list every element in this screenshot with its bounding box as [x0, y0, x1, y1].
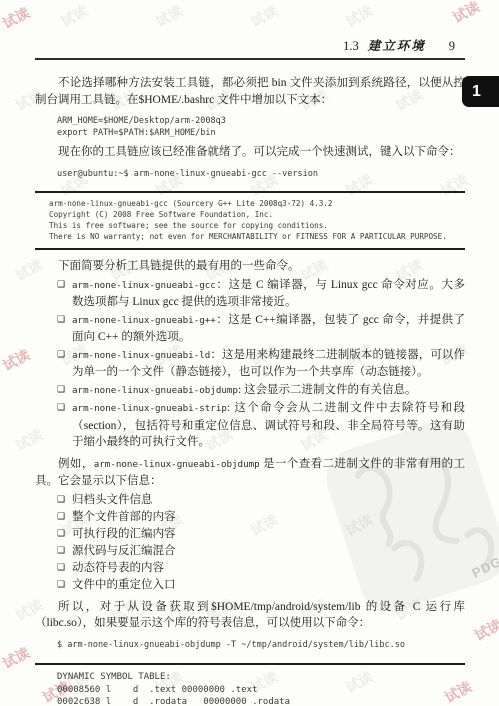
output-line: 0002c638 l d .rodata 00000000 .rodata [57, 696, 465, 706]
page-number: 9 [449, 39, 455, 54]
list-item: ❑ 归档头文件信息 [35, 492, 465, 509]
section-title: 建立环境 [368, 36, 426, 54]
output-line: DYNAMIC SYMBOL TABLE: [57, 671, 465, 684]
paragraph-objdump-example: 例如，arm-none-linux-gnueabi-objdump 是一个查看二… [35, 456, 465, 490]
square-bullet-icon: ❑ [57, 277, 72, 294]
square-bullet-icon: ❑ [57, 347, 72, 364]
list-item-text: 源代码与反汇编混合 [72, 543, 465, 560]
output-line: There is NO warranty; not even for MERCH… [49, 231, 465, 242]
list-item-text: arm-none-linux-gnueabi-g++：这是 C++编译器，包装了… [72, 312, 465, 346]
square-bullet-icon: ❑ [57, 312, 72, 329]
list-item: ❑ 动态符号表的内容 [35, 560, 465, 577]
paragraph-libc-note: 所以，对于从设备获取到$HOME/tmp/android/system/lib … [35, 599, 465, 632]
paragraph-commands-intro: 下面简要分析工具链提供的最有用的一些命令。 [35, 258, 465, 275]
terminal-command-version: user@ubuntu:~$ arm-none-linux-gnueabi-gc… [57, 169, 465, 181]
trial-watermark: 试读 [0, 3, 33, 34]
list-item: ❑ arm-none-linux-gnueabi-g++：这是 C++编译器，包… [35, 312, 465, 346]
square-bullet-icon: ❑ [57, 382, 72, 399]
trial-watermark: 试读 [449, 0, 483, 27]
toolchain-command-list: ❑ arm-none-linux-gnueabi-gcc：这是 C 编译器，与 … [35, 277, 465, 451]
command-name: arm-none-linux-gnueabi-objdump [94, 459, 260, 470]
command-name: arm-none-linux-gnueabi-objdump [72, 385, 238, 396]
trial-watermark: 试读 [342, 1, 376, 32]
square-bullet-icon: ❑ [57, 543, 72, 560]
list-item: ❑ 可执行段的汇编内容 [35, 526, 465, 543]
list-item-text: arm-none-linux-gnueabi-objdump: 这会显示二进制文… [72, 382, 465, 400]
output-line: This is free software; see the source fo… [49, 220, 465, 231]
section-number: 1.3 [343, 39, 359, 54]
chapter-tab: 1 [462, 76, 499, 107]
square-bullet-icon: ❑ [57, 509, 72, 526]
terminal-command-objdump: $ arm-none-linux-gnueabi-objdump -T ~/tm… [57, 640, 465, 652]
output-line: Copyright (C) 2008 Free Software Foundat… [49, 209, 465, 220]
command-line: $ arm-none-linux-gnueabi-objdump -T ~/tm… [57, 640, 465, 652]
trial-watermark: 试读 [247, 1, 281, 32]
code-block-bashrc: ARM_HOME=$HOME/Desktop/arm-2008q3 export… [57, 116, 465, 139]
list-item: ❑ arm-none-linux-gnueabi-gcc：这是 C 编译器，与 … [35, 277, 465, 311]
code-line: ARM_HOME=$HOME/Desktop/arm-2008q3 [57, 116, 465, 128]
square-bullet-icon: ❑ [57, 492, 72, 509]
list-item: ❑ 源代码与反汇编混合 [35, 543, 465, 560]
command-name: arm-none-linux-gnueabi-g++ [72, 315, 216, 326]
list-item: ❑ 整个文件首部的内容 [35, 509, 465, 526]
list-item-text: arm-none-linux-gnueabi-strip: 这个命令会从二进制文… [72, 400, 465, 451]
square-bullet-icon: ❑ [57, 577, 72, 594]
trial-watermark: 试读 [152, 1, 186, 32]
list-item-text: arm-none-linux-gnueabi-ld：这是用来构建最终二进制版本的… [72, 347, 465, 381]
command-name: arm-none-linux-gnueabi-strip [72, 403, 227, 414]
list-item: ❑ arm-none-linux-gnueabi-strip: 这个命令会从二进… [35, 400, 465, 451]
list-item-text: 动态符号表的内容 [72, 560, 465, 577]
trial-watermark: 试读 [57, 1, 91, 32]
book-page: 试读试读试读试读试读试读试读试读试读试读试读试读试读试读试读试读试读试读试读试读… [0, 0, 499, 706]
square-bullet-icon: ❑ [57, 400, 72, 417]
page-header: 1.3 建立环境 9 [35, 36, 465, 60]
content-column: 1.3 建立环境 9 不论选择哪种方法安装工具链，都必须把 bin 文件夹添加到… [0, 36, 499, 706]
terminal-output-symbol-table: DYNAMIC SYMBOL TABLE: 00008560 l d .text… [35, 663, 465, 706]
paragraph-install-note: 不论选择哪种方法安装工具链，都必须把 bin 文件夹添加到系统路径，以便从控制台… [35, 75, 465, 108]
square-bullet-icon: ❑ [57, 526, 72, 543]
list-item-text: arm-none-linux-gnueabi-gcc：这是 C 编译器，与 Li… [72, 277, 465, 311]
chapter-number: 1 [472, 83, 481, 101]
list-item: ❑ 文件中的重定位入口 [35, 577, 465, 594]
list-item: ❑ arm-none-linux-gnueabi-objdump: 这会显示二进… [35, 382, 465, 400]
command-name: arm-none-linux-gnueabi-ld [72, 350, 210, 361]
list-item-text: 文件中的重定位入口 [72, 577, 465, 594]
output-line: arm-none-linux-gnueabi-gcc (Sourcery G++… [49, 198, 465, 209]
paragraph-quick-test: 现在你的工具链应该已经准备就绪了。可以完成一个快速测试，键入以下命令： [35, 144, 465, 161]
list-item-text: 归档头文件信息 [72, 492, 465, 509]
output-line: 00008560 l d .text 00000000 .text [57, 684, 465, 697]
command-name: arm-none-linux-gnueabi-gcc [72, 280, 216, 291]
list-item: ❑ arm-none-linux-gnueabi-ld：这是用来构建最终二进制版… [35, 347, 465, 381]
list-item-text: 可执行段的汇编内容 [72, 526, 465, 543]
terminal-output-version: arm-none-linux-gnueabi-gcc (Sourcery G++… [35, 191, 465, 250]
objdump-info-list: ❑ 归档头文件信息 ❑ 整个文件首部的内容 ❑ 可执行段的汇编内容 ❑ 源代码与… [35, 492, 465, 594]
command-line: user@ubuntu:~$ arm-none-linux-gnueabi-gc… [57, 169, 465, 181]
square-bullet-icon: ❑ [57, 560, 72, 577]
list-item-text: 整个文件首部的内容 [72, 509, 465, 526]
code-line: export PATH=$PATH:$ARM_HOME/bin [57, 128, 465, 140]
